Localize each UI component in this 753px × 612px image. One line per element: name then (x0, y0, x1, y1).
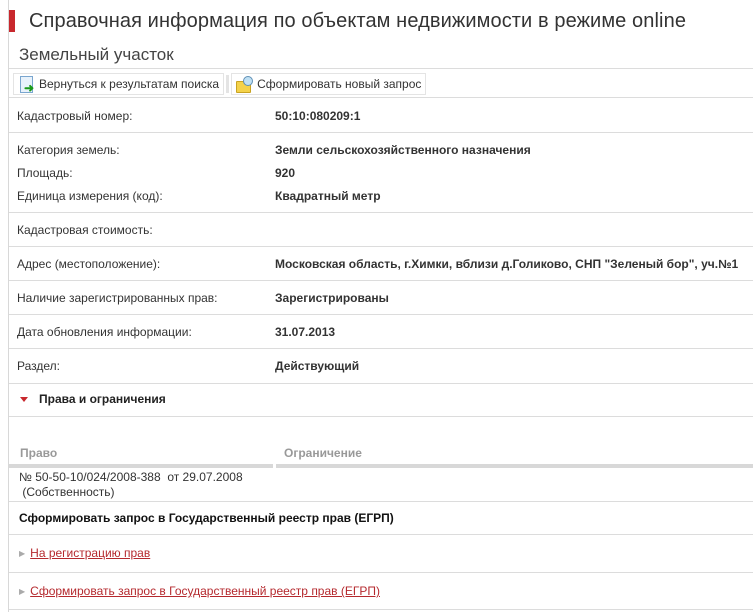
divider (9, 132, 753, 133)
title-accent-bar (9, 10, 15, 32)
divider (9, 572, 753, 573)
folder-search-icon (236, 76, 254, 92)
field-value: Московская область, г.Химки, вблизи д.Го… (275, 257, 738, 271)
rights-table-cell-right: № 50-50-10/024/2008-388 от 29.07.2008 (С… (19, 470, 243, 500)
new-request-label: Сформировать новый запрос (257, 77, 421, 91)
document-back-arrow-icon: ➜ (18, 76, 36, 92)
page-title: Справочная информация по объектам недвиж… (9, 9, 686, 33)
field-label: Адрес (местоположение): (17, 257, 160, 271)
caret-down-icon (20, 397, 28, 402)
field-value: Действующий (275, 359, 359, 373)
divider (9, 534, 753, 535)
field-label: Наличие зарегистрированных прав: (17, 291, 218, 305)
egrp-request-link[interactable]: Сформировать запрос в Государственный ре… (30, 584, 380, 598)
object-type-heading: Земельный участок (19, 45, 174, 65)
field-label: Кадастровый номер: (17, 109, 132, 123)
column-header-restriction: Ограничение (284, 446, 362, 460)
field-label: Дата обновления информации: (17, 325, 192, 339)
field-value: Квадратный метр (275, 189, 381, 203)
toolbar: ➜ Вернуться к результатам поиска Сформир… (13, 73, 426, 95)
field-value: 31.07.2013 (275, 325, 335, 339)
arrow-right-icon: ▶ (19, 587, 25, 596)
rights-section-toggle[interactable]: Права и ограничения (20, 392, 166, 406)
toolbar-separator (226, 75, 229, 93)
rights-section-title: Права и ограничения (39, 392, 166, 406)
field-value: 920 (275, 166, 295, 180)
link-item: ▶ На регистрацию прав (19, 546, 150, 560)
egrp-heading: Сформировать запрос в Государственный ре… (19, 511, 394, 525)
column-header-right: Право (20, 446, 57, 460)
field-label: Площадь: (17, 166, 73, 180)
divider (9, 609, 753, 610)
field-label: Категория земель: (17, 143, 120, 157)
divider (9, 246, 753, 247)
divider (9, 280, 753, 281)
field-value: Земли сельскохозяйственного назначения (275, 143, 531, 157)
back-to-results-button[interactable]: ➜ Вернуться к результатам поиска (13, 73, 224, 95)
field-label: Кадастровая стоимость: (17, 223, 153, 237)
register-rights-link[interactable]: На регистрацию прав (30, 546, 150, 560)
link-item: ▶ Сформировать запрос в Государственный … (19, 584, 380, 598)
divider (9, 212, 753, 213)
left-border (8, 0, 9, 612)
divider (9, 416, 753, 417)
divider (9, 68, 753, 69)
field-value: 50:10:080209:1 (275, 109, 360, 123)
divider (9, 383, 753, 384)
field-label: Раздел: (17, 359, 60, 373)
page-title-text: Справочная информация по объектам недвиж… (29, 10, 686, 33)
field-value: Зарегистрированы (275, 291, 389, 305)
divider (9, 97, 753, 98)
column-header-underline (9, 464, 273, 468)
column-header-underline (276, 464, 753, 468)
divider (9, 348, 753, 349)
field-label: Единица измерения (код): (17, 189, 163, 203)
divider (9, 501, 753, 502)
back-to-results-label: Вернуться к результатам поиска (39, 77, 219, 91)
divider (9, 314, 753, 315)
arrow-right-icon: ▶ (19, 549, 25, 558)
new-request-button[interactable]: Сформировать новый запрос (231, 73, 426, 95)
